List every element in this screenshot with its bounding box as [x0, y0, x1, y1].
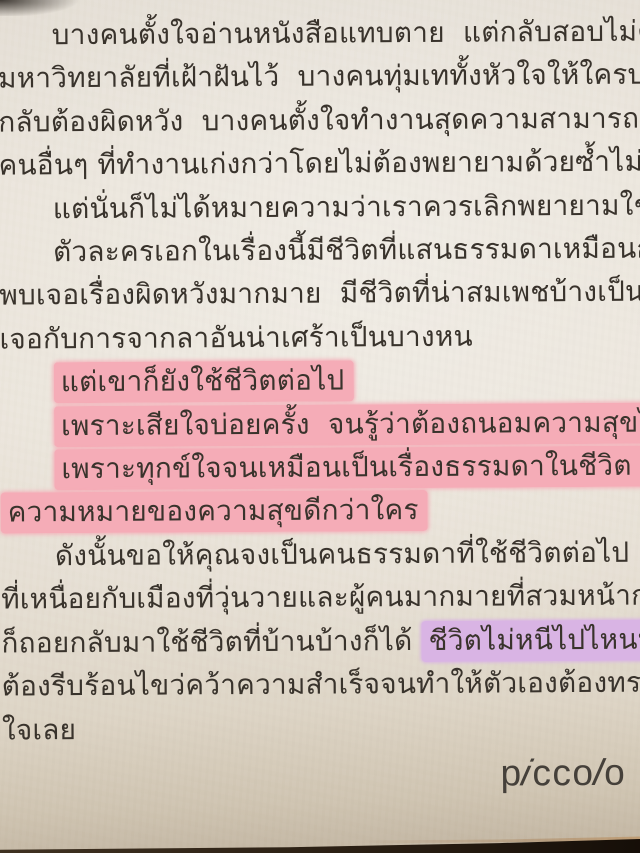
text-segment: เจอกับการจากลาอันน่าเศร้าเป็นบางหน [0, 320, 473, 356]
text-segment: คนอื่นๆ ที่ทำงานเก่งกว่าโดยไม่ต้องพยายาม… [0, 145, 640, 182]
text-line: ก็ถอยกลับมาใช้ชีวิตที่บ้านบ้างก็ได้ ชีวิ… [1, 617, 640, 664]
page-edge-highlight [0, 834, 640, 844]
text-line: แต่เขาก็ยังใช้ชีวิตต่อไป [0, 357, 640, 404]
highlighted-text: ความหมายของความสุขดีกว่าใคร [1, 490, 428, 534]
text-line: เพราะเสียใจบ่อยครั้ง จนรู้ว่าต้องถนอมควา… [0, 400, 640, 447]
highlighted-text: เพราะเสียใจบ่อยครั้ง จนรู้ว่าต้องถนอมควา… [54, 402, 640, 447]
text-segment: ที่เหนื่อยกับเมืองที่วุ่นวายและผู้คนมากม… [1, 578, 640, 616]
text-line: มหาวิทยาลัยที่เฝ้าฝันไว้ บางคนทุ่มเททั้ง… [0, 53, 638, 100]
text-line: พบเจอเรื่องผิดหวังมากมาย มีชีวิตที่น่าสม… [0, 270, 639, 317]
text-segment: ใจเลย [2, 713, 76, 746]
text-line: กลับต้องผิดหวัง บางคนตั้งใจทำงานสุดความส… [0, 96, 638, 143]
text-line: บางคนตั้งใจอ่านหนังสือแทบตาย แต่กลับสอบไ… [0, 10, 638, 57]
text-line: ที่เหนื่อยกับเมืองที่วุ่นวายและผู้คนมากม… [1, 574, 640, 621]
page-content: บางคนตั้งใจอ่านหนังสือแทบตาย แต่กลับสอบไ… [0, 10, 640, 798]
text-segment: กลับต้องผิดหวัง บางคนตั้งใจทำงานสุดความส… [0, 101, 640, 138]
logo-letter: c [552, 752, 572, 793]
text-line: ความหมายของความสุขดีกว่าใคร [1, 487, 640, 534]
text-segment: ดังนั้นขอให้คุณจงเป็นคนธรรมดาที่ใช้ชีวิต… [55, 535, 640, 572]
text-line: คนอื่นๆ ที่ทำงานเก่งกว่าโดยไม่ต้องพยายาม… [0, 140, 639, 187]
piccolo-logo: piccolo [2, 752, 640, 798]
text-line: ดังนั้นขอให้คุณจงเป็นคนธรรมดาที่ใช้ชีวิต… [1, 531, 640, 578]
text-segment: ต้องรีบร้อนไขว่คว้าความสำเร็จจนทำให้ตัวเ… [2, 665, 640, 703]
text-line: ต้องรีบร้อนไขว่คว้าความสำเร็จจนทำให้ตัวเ… [2, 661, 640, 708]
book-page-photo: บางคนตั้งใจอ่านหนังสือแทบตาย แต่กลับสอบไ… [0, 0, 640, 853]
text-segment: มหาวิทยาลัยที่เฝ้าฝันไว้ บางคนทุ่มเททั้ง… [0, 57, 640, 95]
highlighted-text: ชีวิตไม่หนีไปไหนหรอก [421, 619, 640, 662]
text-line: แต่นั่นก็ไม่ได้หมายความว่าเราควรเลิกพยาย… [0, 183, 639, 230]
text-segment: บางคนตั้งใจอ่านหนังสือแทบตาย แต่กลับสอบไ… [52, 14, 640, 51]
text-segment: แต่นั่นก็ไม่ได้หมายความว่าเราควรเลิกพยาย… [53, 188, 640, 225]
text-line: ตัวละครเอกในเรื่องนี้มีชีวิตที่แสนธรรมดา… [0, 227, 639, 274]
page-text: บางคนตั้งใจอ่านหนังสือแทบตาย แต่กลับสอบไ… [0, 10, 640, 752]
highlighted-text: แต่เขาก็ยังใช้ชีวิตต่อไป [54, 361, 354, 404]
highlighted-text: เพราะทุกข์ใจจนเหมือนเป็นเรื่องธรรมดาในชี… [54, 445, 640, 490]
text-segment: ก็ถอยกลับมาใช้ชีวิตที่บ้านบ้างก็ได้ [1, 624, 421, 660]
bottom-page-edge [0, 835, 640, 853]
text-segment: พบเจอเรื่องผิดหวังมากมาย มีชีวิตที่น่าสม… [0, 274, 640, 312]
text-line: เจอกับการจากลาอันน่าเศร้าเป็นบางหน [0, 313, 640, 360]
text-segment: ตัวละครเอกในเรื่องนี้มีชีวิตที่แสนธรรมดา… [53, 231, 640, 268]
text-line: ใจเลย [2, 704, 640, 751]
text-line: เพราะทุกข์ใจจนเหมือนเป็นเรื่องธรรมดาในชี… [0, 444, 640, 491]
